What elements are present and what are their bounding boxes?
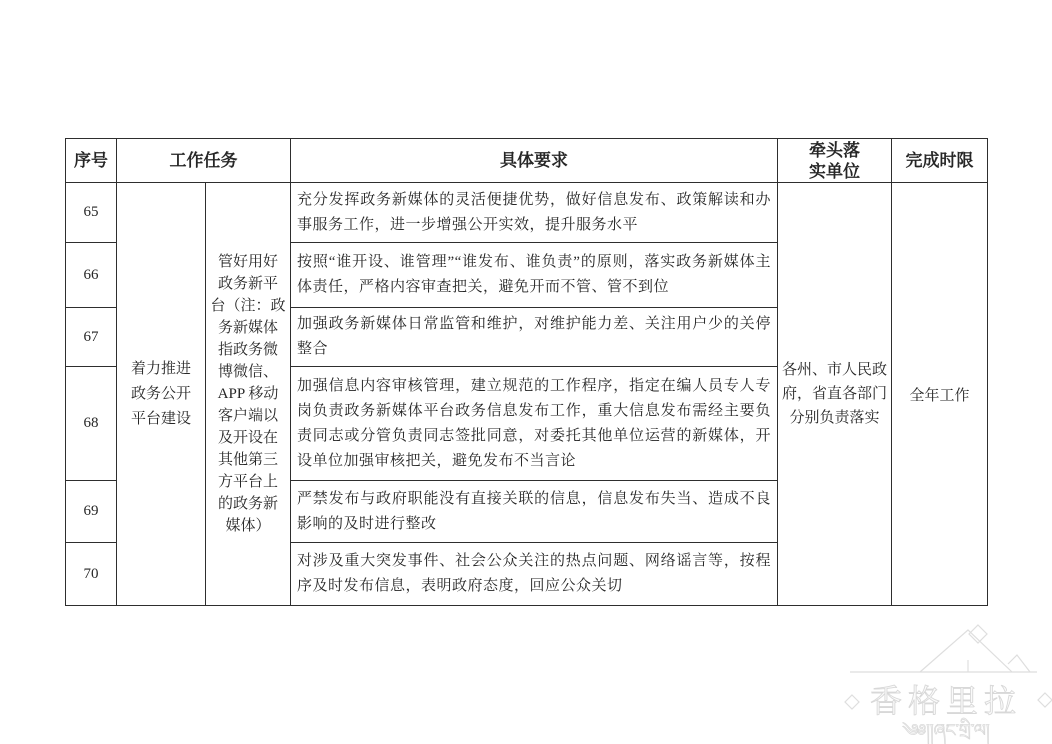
requirement-cell: 严禁发布与政府职能没有直接关联的信息，信息发布失当、造成不良影响的及时进行整改	[291, 481, 778, 543]
requirement-cell: 加强政务新媒体日常监管和维护，对维护能力差、关注用户少的关停整合	[291, 308, 778, 367]
row-number: 69	[66, 481, 117, 543]
row-number: 66	[66, 243, 117, 308]
row-number: 68	[66, 367, 117, 481]
requirement-cell: 充分发挥政务新媒体的灵活便捷优势，做好信息发布、政策解读和办事服务工作，进一步增…	[291, 183, 778, 243]
row-number: 67	[66, 308, 117, 367]
document-page: 序号 工作任务 具体要求 牵头落 实单位 完成时限 65 着力推进 政务公开 平…	[0, 0, 1052, 744]
header-deadline: 完成时限	[892, 139, 988, 183]
watermark-title: 香格里拉	[870, 683, 1022, 719]
header-row: 序号 工作任务 具体要求 牵头落 实单位 完成时限	[66, 139, 988, 183]
left-diamond-icon	[845, 695, 859, 709]
task-sub-cell: 管好用好 政务新平 台（注：政 务新媒体 指政务微 博微信、 APP 移动 客户…	[206, 183, 291, 606]
row-number: 65	[66, 183, 117, 243]
row-number: 70	[66, 543, 117, 606]
header-requirement: 具体要求	[291, 139, 778, 183]
header-lead-unit: 牵头落 实单位	[778, 139, 892, 183]
watermark-script: ༄༅།།ཞང་གྲི་ལ།	[902, 718, 990, 744]
shangri-la-watermark: 香格里拉 ༄༅།།ཞང་གྲི་ལ།	[840, 608, 1052, 744]
requirement-cell: 按照“谁开设、谁管理”“谁发布、谁负责”的原则，落实政务新媒体主体责任，严格内容…	[291, 243, 778, 308]
lead-unit-cell: 各州、市人民政 府，省直各部门 分别负责落实	[778, 183, 892, 606]
right-diamond-icon	[1038, 693, 1052, 707]
header-no: 序号	[66, 139, 117, 183]
deadline-cell: 全年工作	[892, 183, 988, 606]
work-task-table: 序号 工作任务 具体要求 牵头落 实单位 完成时限 65 着力推进 政务公开 平…	[65, 138, 988, 606]
requirement-cell: 对涉及重大突发事件、社会公众关注的热点问题、网络谣言等，按程序及时发布信息，表明…	[291, 543, 778, 606]
header-task: 工作任务	[117, 139, 291, 183]
task-group-cell: 着力推进 政务公开 平台建设	[117, 183, 206, 606]
requirement-cell: 加强信息内容审核管理，建立规范的工作程序，指定在编人员专人专岗负责政务新媒体平台…	[291, 367, 778, 481]
table-row: 65 着力推进 政务公开 平台建设 管好用好 政务新平 台（注：政 务新媒体 指…	[66, 183, 988, 243]
